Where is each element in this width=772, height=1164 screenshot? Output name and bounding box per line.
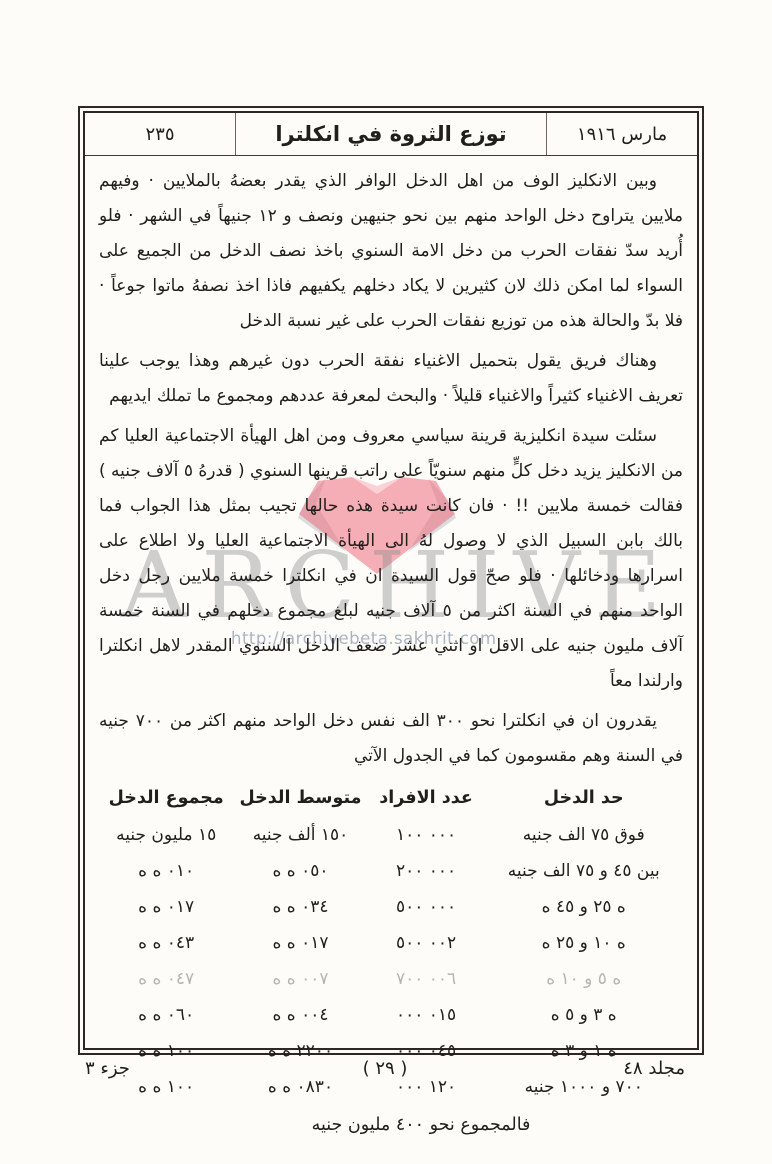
page-title: توزع الثروة في انكلترا [235, 113, 547, 155]
cell-average-income: ٠٥٠ ه ه [233, 861, 367, 881]
header-date: مارس ١٩١٦ [547, 124, 697, 145]
cell-individuals: ١٢٠ ٠٠٠ [368, 1077, 485, 1097]
cell-average-income: ٠٠٤ ه ه [233, 1005, 367, 1025]
cell-average-income: ١٥٠ ألف جنيه [233, 825, 367, 845]
cell-total-income: ٠٤٧ ه ه [99, 969, 233, 989]
cell-income-limit: ه ٥ و ١٠ ه [484, 969, 683, 989]
header-page-number: ٢٣٥ [85, 124, 235, 145]
table-row: ه ٢٥ و ٤٥ ه ٠٠٠ ٥٠٠ ٠٣٤ ه ه ٠١٧ ه ه [99, 889, 683, 925]
header-cell-individuals: عدد الافراد [368, 788, 485, 808]
income-table: حد الدخل عدد الافراد متوسط الدخل مجموع ا… [99, 779, 683, 1135]
header-cell-total-income: مجموع الدخل [99, 788, 233, 808]
header-cell-average-income: متوسط الدخل [233, 788, 367, 808]
cell-total-income: ٠١٠ ه ه [99, 861, 233, 881]
footer-part: جزء ٣ [85, 1058, 255, 1079]
article-body: وبين الانكليز الوف من اهل الدخل الوافر ا… [85, 156, 697, 1135]
paragraph-3: سئلت سيدة انكليزية قرينة سياسي معروف ومن… [99, 419, 683, 699]
cell-income-limit: ه ٣ و ٥ ه [484, 1005, 683, 1025]
table-header-row: حد الدخل عدد الافراد متوسط الدخل مجموع ا… [99, 779, 683, 817]
cell-total-income: ٠١٧ ه ه [99, 897, 233, 917]
scanned-magazine-page: ARCHIVE http://archivebeta.sakhrit.com م… [0, 0, 772, 1164]
cell-total-income: ١٥ مليون جنيه [99, 825, 233, 845]
cell-average-income: ٠٨٣٠ ه ه [233, 1077, 367, 1097]
page-header: مارس ١٩١٦ توزع الثروة في انكلترا ٢٣٥ [85, 113, 697, 156]
table-total-line: فالمجموع نحو ٤٠٠ مليون جنيه [99, 1115, 683, 1135]
table-row: ه ٣ و ٥ ه ٠١٥ ٠٠٠ ٠٠٤ ه ه ٠٦٠ ه ه [99, 997, 683, 1033]
cell-average-income: ٠١٧ ه ه [233, 933, 367, 953]
cell-individuals: ٠٠٢ ٥٠٠ [368, 933, 485, 953]
page-frame: مارس ١٩١٦ توزع الثروة في انكلترا ٢٣٥ وبي… [78, 106, 704, 1055]
cell-income-limit: بين ٤٥ و ٧٥ الف جنيه [484, 861, 683, 881]
cell-total-income: ٠٤٣ ه ه [99, 933, 233, 953]
table-row-faded: ه ٥ و ١٠ ه ٠٠٦ ٧٠٠ ٠٠٧ ه ه ٠٤٧ ه ه [99, 961, 683, 997]
cell-individuals: ٠٠٦ ٧٠٠ [368, 969, 485, 989]
cell-average-income: ٠٠٧ ه ه [233, 969, 367, 989]
paragraph-2: وهناك فريق يقول بتحميل الاغنياء نفقة الح… [99, 344, 683, 414]
cell-average-income: ٠٣٤ ه ه [233, 897, 367, 917]
cell-total-income: ٠٦٠ ه ه [99, 1005, 233, 1025]
cell-individuals: ٠٠٠ ٢٠٠ [368, 861, 485, 881]
paragraph-4: يقدرون ان في انكلترا نحو ٣٠٠ الف نفس دخل… [99, 704, 683, 774]
cell-income-limit: ٧٠٠ و ١٠٠٠ جنيه [484, 1077, 683, 1097]
cell-income-limit: ه ١٠ و ٢٥ ه [484, 933, 683, 953]
page-footer: مجلد ٤٨ ( ٢٩ ) جزء ٣ [85, 1058, 685, 1079]
table-row: فوق ٧٥ الف جنيه ٠٠٠ ١٠٠ ١٥٠ ألف جنيه ١٥ … [99, 817, 683, 853]
page-frame-inner: مارس ١٩١٦ توزع الثروة في انكلترا ٢٣٥ وبي… [83, 111, 699, 1050]
header-cell-income-limit: حد الدخل [484, 788, 683, 808]
cell-total-income: ١٠٠ ه ه [99, 1077, 233, 1097]
footer-volume: مجلد ٤٨ [515, 1058, 685, 1079]
table-row: بين ٤٥ و ٧٥ الف جنيه ٠٠٠ ٢٠٠ ٠٥٠ ه ه ٠١٠… [99, 853, 683, 889]
cell-individuals: ٠٠٠ ١٠٠ [368, 825, 485, 845]
paragraph-1: وبين الانكليز الوف من اهل الدخل الوافر ا… [99, 164, 683, 339]
table-row: ه ١٠ و ٢٥ ه ٠٠٢ ٥٠٠ ٠١٧ ه ه ٠٤٣ ه ه [99, 925, 683, 961]
cell-individuals: ٠١٥ ٠٠٠ [368, 1005, 485, 1025]
cell-income-limit: ه ٢٥ و ٤٥ ه [484, 897, 683, 917]
cell-income-limit: فوق ٧٥ الف جنيه [484, 825, 683, 845]
cell-individuals: ٠٠٠ ٥٠٠ [368, 897, 485, 917]
footer-page-number: ( ٢٩ ) [255, 1058, 515, 1079]
